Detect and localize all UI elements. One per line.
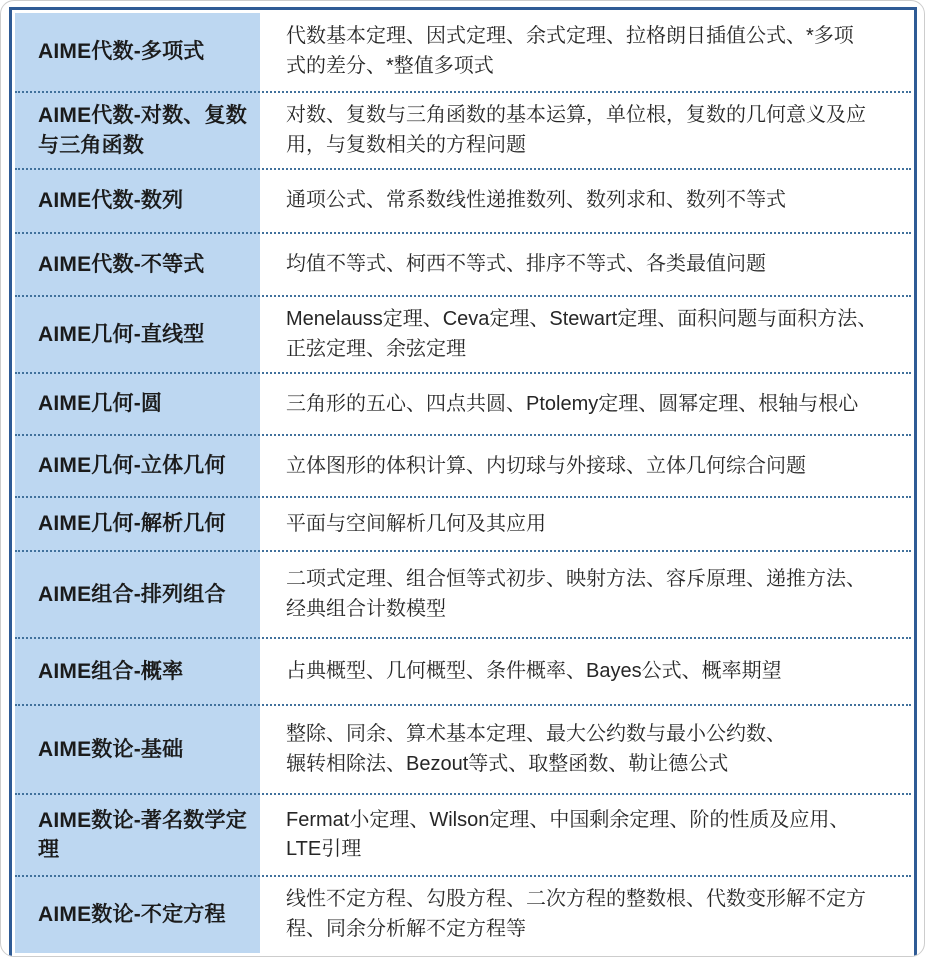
category-cell: AIME数论-著名数学定理 (15, 800, 260, 872)
category-cell: AIME几何-解析几何 (15, 503, 260, 545)
topics-table: AIME代数-多项式 代数基本定理、因式定理、余式定理、拉格朗日插值公式、*多项… (9, 7, 917, 957)
table-row: AIME数论-著名数学定理 Fermat小定理、Wilson定理、中国剩余定理、… (15, 795, 911, 877)
category-cell: AIME代数-不等式 (15, 244, 260, 286)
topics-cell: Fermat小定理、Wilson定理、中国剩余定理、阶的性质及应用、 LTE引理 (260, 798, 911, 873)
table-row: AIME组合-概率 占典概型、几何概型、条件概率、Bayes公式、概率期望 (15, 639, 911, 706)
topics-cell: 立体图形的体积计算、内切球与外接球、立体几何综合问题 (260, 444, 911, 490)
table-row: AIME代数-多项式 代数基本定理、因式定理、余式定理、拉格朗日插值公式、*多项… (15, 13, 911, 93)
topics-cell: 占典概型、几何概型、条件概率、Bayes公式、概率期望 (260, 649, 911, 695)
table-row: AIME几何-直线型 Menelauss定理、Ceva定理、Stewart定理、… (15, 297, 911, 374)
category-cell: AIME代数-多项式 (15, 31, 260, 73)
topics-cell: Menelauss定理、Ceva定理、Stewart定理、面积问题与面积方法、 … (260, 297, 911, 372)
category-cell: AIME代数-数列 (15, 180, 260, 222)
table-row: AIME组合-排列组合 二项式定理、组合恒等式初步、映射方法、容斥原理、递推方法… (15, 552, 911, 639)
category-cell: AIME代数-对数、复数 与三角函数 (15, 95, 260, 167)
topics-cell: 线性不定方程、勾股方程、二次方程的整数根、代数变形解不定方 程、同余分析解不定方… (260, 877, 911, 952)
table-row: AIME数论-不定方程 线性不定方程、勾股方程、二次方程的整数根、代数变形解不定… (15, 877, 911, 952)
table-row: AIME代数-对数、复数 与三角函数 对数、复数与三角函数的基本运算，单位根，复… (15, 93, 911, 170)
topics-cell: 三角形的五心、四点共圆、Ptolemy定理、圆幂定理、根轴与根心 (260, 382, 911, 428)
category-cell: AIME组合-排列组合 (15, 574, 260, 616)
category-cell: AIME数论-不定方程 (15, 894, 260, 936)
topics-cell: 平面与空间解析几何及其应用 (260, 502, 911, 548)
topics-cell: 对数、复数与三角函数的基本运算，单位根，复数的几何意义及应 用，与复数相关的方程… (260, 93, 911, 168)
category-cell: AIME几何-直线型 (15, 314, 260, 356)
topics-cell: 代数基本定理、因式定理、余式定理、拉格朗日插值公式、*多项 式的差分、*整值多项… (260, 14, 911, 89)
category-cell: AIME数论-基础 (15, 729, 260, 771)
category-cell: AIME组合-概率 (15, 651, 260, 693)
topics-cell: 整除、同余、算术基本定理、最大公约数与最小公约数、 辗转相除法、Bezout等式… (260, 712, 911, 787)
topics-cell: 二项式定理、组合恒等式初步、映射方法、容斥原理、递推方法、 经典组合计数模型 (260, 557, 911, 632)
table-body: AIME代数-多项式 代数基本定理、因式定理、余式定理、拉格朗日插值公式、*多项… (15, 13, 911, 953)
page-frame: AIME代数-多项式 代数基本定理、因式定理、余式定理、拉格朗日插值公式、*多项… (0, 0, 925, 957)
table-row: AIME代数-数列 通项公式、常系数线性递推数列、数列求和、数列不等式 (15, 170, 911, 234)
category-cell: AIME几何-圆 (15, 383, 260, 425)
topics-cell: 通项公式、常系数线性递推数列、数列求和、数列不等式 (260, 178, 911, 224)
topics-cell: 均值不等式、柯西不等式、排序不等式、各类最值问题 (260, 242, 911, 288)
table-row: AIME数论-基础 整除、同余、算术基本定理、最大公约数与最小公约数、 辗转相除… (15, 706, 911, 795)
table-row: AIME代数-不等式 均值不等式、柯西不等式、排序不等式、各类最值问题 (15, 234, 911, 297)
table-row: AIME几何-解析几何 平面与空间解析几何及其应用 (15, 498, 911, 552)
table-row: AIME几何-立体几何 立体图形的体积计算、内切球与外接球、立体几何综合问题 (15, 436, 911, 498)
category-cell: AIME几何-立体几何 (15, 445, 260, 487)
table-row: AIME几何-圆 三角形的五心、四点共圆、Ptolemy定理、圆幂定理、根轴与根… (15, 374, 911, 436)
